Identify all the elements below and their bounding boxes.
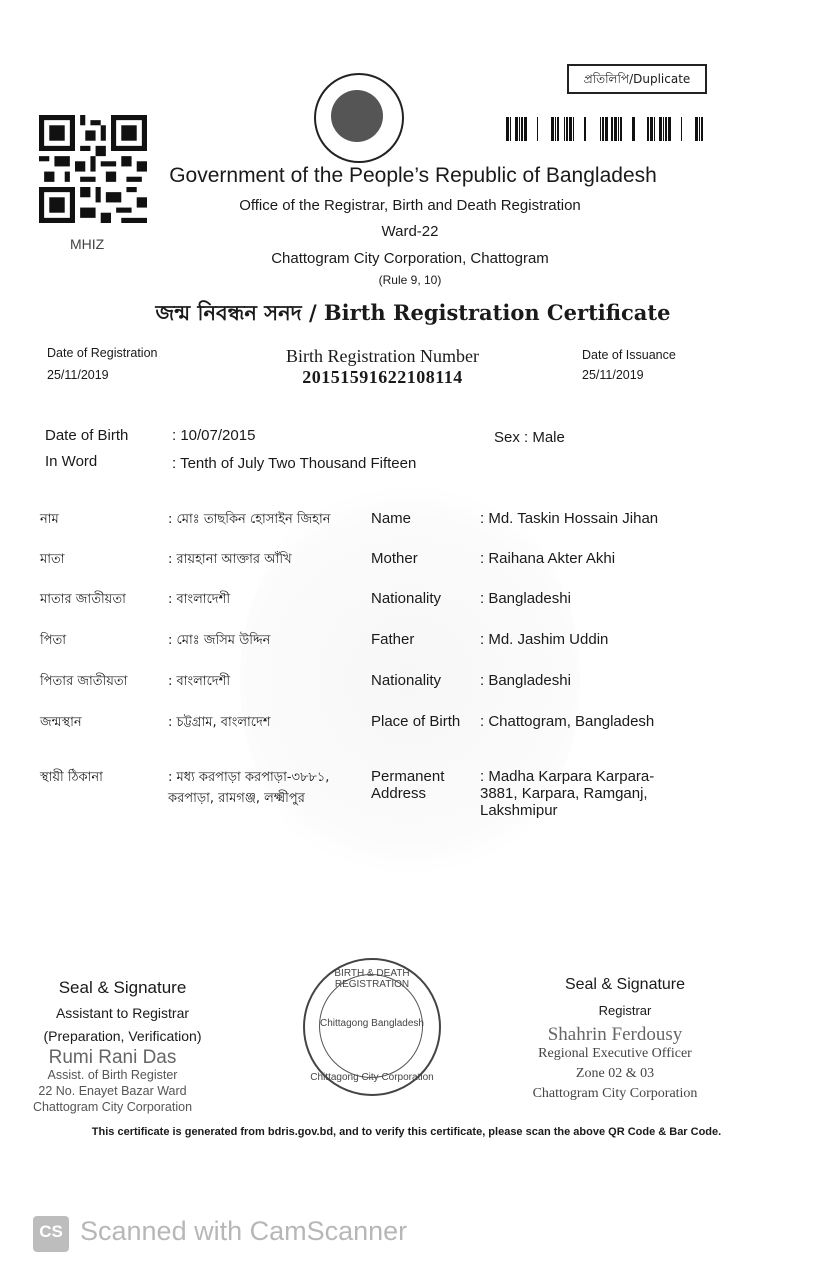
- left-signatory-line1: Assist. of Birth Register: [20, 1068, 205, 1082]
- bn-field-value: : বাংলাদেশী: [168, 590, 363, 611]
- duplicate-badge: প্রতিলিপি/Duplicate: [567, 64, 707, 94]
- office-title: Office of the Registrar, Birth and Death…: [0, 197, 813, 214]
- dob-value: : 10/07/2015: [172, 427, 255, 444]
- right-signature-role: Registrar: [540, 1003, 710, 1018]
- right-signature-title: Seal & Signature: [540, 976, 710, 994]
- bn-field-value: : চট্টগ্রাম, বাংলাদেশ: [168, 713, 363, 734]
- rule-text: (Rule 9, 10): [0, 273, 813, 287]
- en-field-label: Place of Birth: [371, 713, 481, 730]
- government-title: Government of the People’s Republic of B…: [0, 164, 813, 188]
- barcode-icon[interactable]: [506, 117, 708, 141]
- left-signatory-name: Rumi Rani Das: [20, 1047, 205, 1069]
- ward-title: Ward-22: [0, 223, 813, 240]
- bn-field-value: : বাংলাদেশী: [168, 672, 363, 693]
- en-field-label: Nationality: [371, 672, 481, 689]
- en-field-label: Father: [371, 631, 481, 648]
- certificate-title: জন্ম নিবন্ধন সনদ / Birth Registration Ce…: [0, 297, 813, 332]
- registration-number-value: 20151591622108114: [260, 367, 505, 388]
- official-seal-icon: BIRTH & DEATH REGISTRATION Chittagong Ba…: [303, 958, 441, 1096]
- en-field-label: Permanent Address: [371, 768, 466, 802]
- government-emblem-icon: [314, 73, 404, 163]
- bn-field-label: স্থায়ী ঠিকানা: [40, 768, 160, 789]
- en-field-label: Nationality: [371, 590, 481, 607]
- date-of-registration-value: 25/11/2019: [47, 368, 109, 382]
- left-signature-role: Assistant to Registrar: [30, 1005, 215, 1021]
- bn-field-label: মাতা: [40, 550, 160, 571]
- right-signatory-name: Shahrin Ferdousy: [520, 1024, 710, 1046]
- in-word-label: In Word: [45, 453, 97, 470]
- en-field-value: : Raihana Akter Akhi: [480, 550, 730, 567]
- dob-label: Date of Birth: [45, 427, 128, 444]
- verification-note: This certificate is generated from bdris…: [0, 1126, 813, 1138]
- bn-field-label: নাম: [40, 510, 160, 531]
- right-signatory-line1: Regional Executive Officer: [515, 1046, 715, 1062]
- en-field-label: Mother: [371, 550, 481, 567]
- en-field-value: : Md. Taskin Hossain Jihan: [480, 510, 730, 527]
- corporation-title: Chattogram City Corporation, Chattogram: [0, 250, 813, 267]
- bn-field-value: : মোঃ তাছকিন হোসাইন জিহান: [168, 510, 363, 531]
- camscanner-logo-icon: CS: [33, 1216, 69, 1252]
- bn-field-value: : রায়হানা আক্তার আঁখি: [168, 550, 363, 571]
- left-signatory-line2: 22 No. Enayet Bazar Ward: [20, 1084, 205, 1098]
- bn-field-label: পিতা: [40, 631, 160, 652]
- bn-field-label: জন্মস্থান: [40, 713, 160, 734]
- in-word-value: : Tenth of July Two Thousand Fifteen: [172, 455, 416, 472]
- bn-field-label: পিতার জাতীয়তা: [40, 672, 160, 693]
- camscanner-watermark: Scanned with CamScanner: [80, 1216, 407, 1247]
- en-field-value: : Bangladeshi: [480, 590, 730, 607]
- right-signatory-line3: Chattogram City Corporation: [515, 1086, 715, 1102]
- en-field-value: : Md. Jashim Uddin: [480, 631, 730, 648]
- date-of-issuance-value: 25/11/2019: [582, 368, 644, 382]
- bn-field-value: : মধ্য করপাড়া করপাড়া-৩৮৮১, করপাড়া, রা…: [168, 768, 363, 810]
- en-field-value: : Bangladeshi: [480, 672, 730, 689]
- left-signature-role-detail: (Preparation, Verification): [30, 1028, 215, 1044]
- en-field-value: : Madha Karpara Karpara-3881, Karpara, R…: [480, 768, 680, 819]
- date-of-registration-label: Date of Registration: [47, 346, 157, 360]
- sex-value: Sex : Male: [494, 429, 565, 446]
- right-signatory-line2: Zone 02 & 03: [515, 1066, 715, 1082]
- bn-field-value: : মোঃ জসিম উদ্দিন: [168, 631, 363, 652]
- en-field-value: : Chattogram, Bangladesh: [480, 713, 730, 730]
- en-field-label: Name: [371, 510, 481, 527]
- bn-field-label: মাতার জাতীয়তা: [40, 590, 160, 611]
- registration-number-label: Birth Registration Number: [260, 346, 505, 367]
- left-signatory-line3: Chattogram City Corporation: [20, 1100, 205, 1114]
- left-signature-title: Seal & Signature: [30, 978, 215, 998]
- date-of-issuance-label: Date of Issuance: [582, 348, 676, 362]
